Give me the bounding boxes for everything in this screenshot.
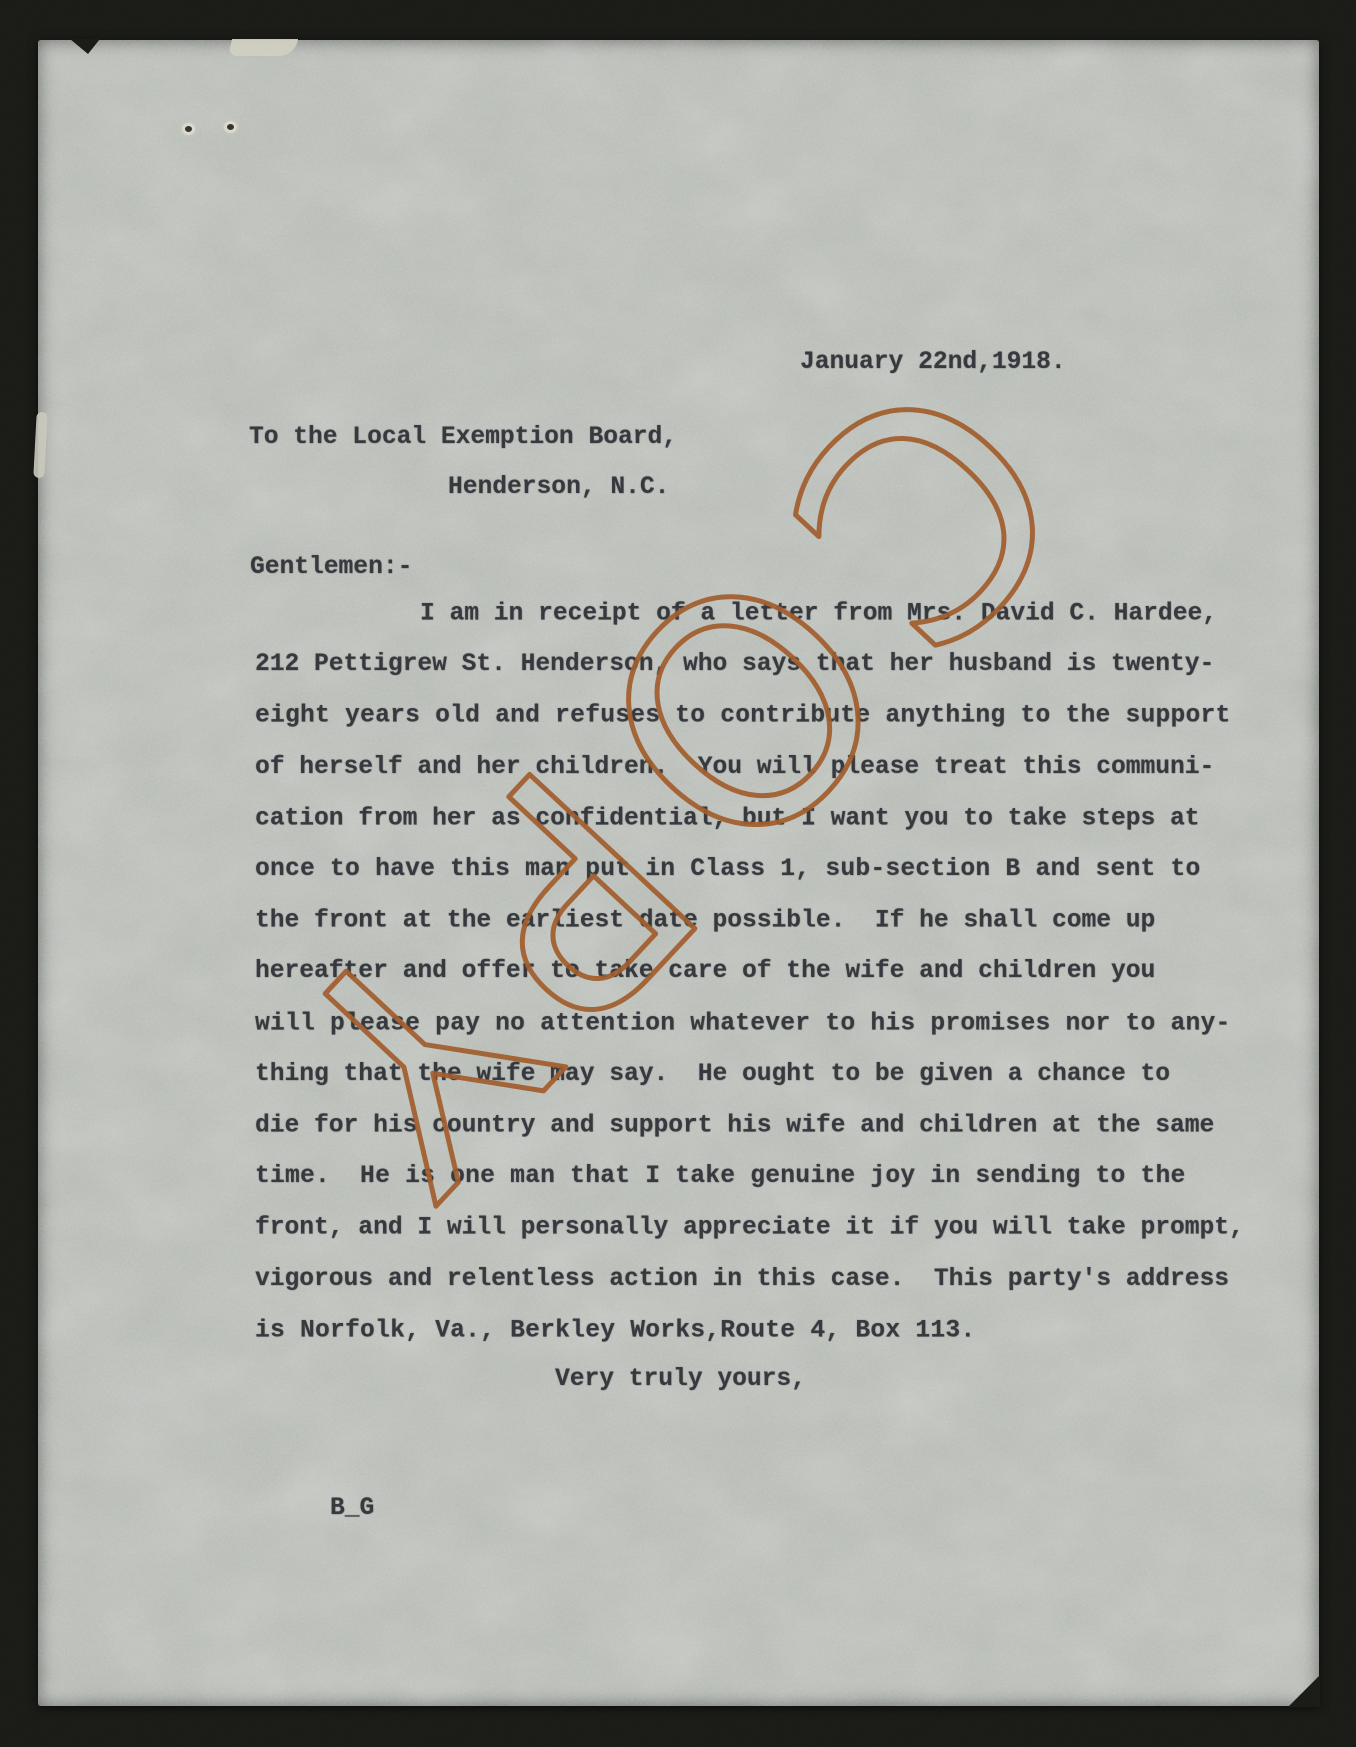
copy-stamp-text: COPY: [190, 306, 1129, 1276]
copy-stamp-watermark: COPY: [38, 40, 1319, 1706]
photo-backdrop: January 22nd,1918. To the Local Exemptio…: [0, 0, 1356, 1747]
letter-document: January 22nd,1918. To the Local Exemptio…: [38, 40, 1319, 1706]
paper-tear-notch: [70, 39, 100, 54]
corner-cut: [1288, 1675, 1320, 1707]
paper-chip: [228, 39, 298, 56]
pin-hole: [185, 126, 192, 132]
pin-hole: [227, 124, 234, 130]
